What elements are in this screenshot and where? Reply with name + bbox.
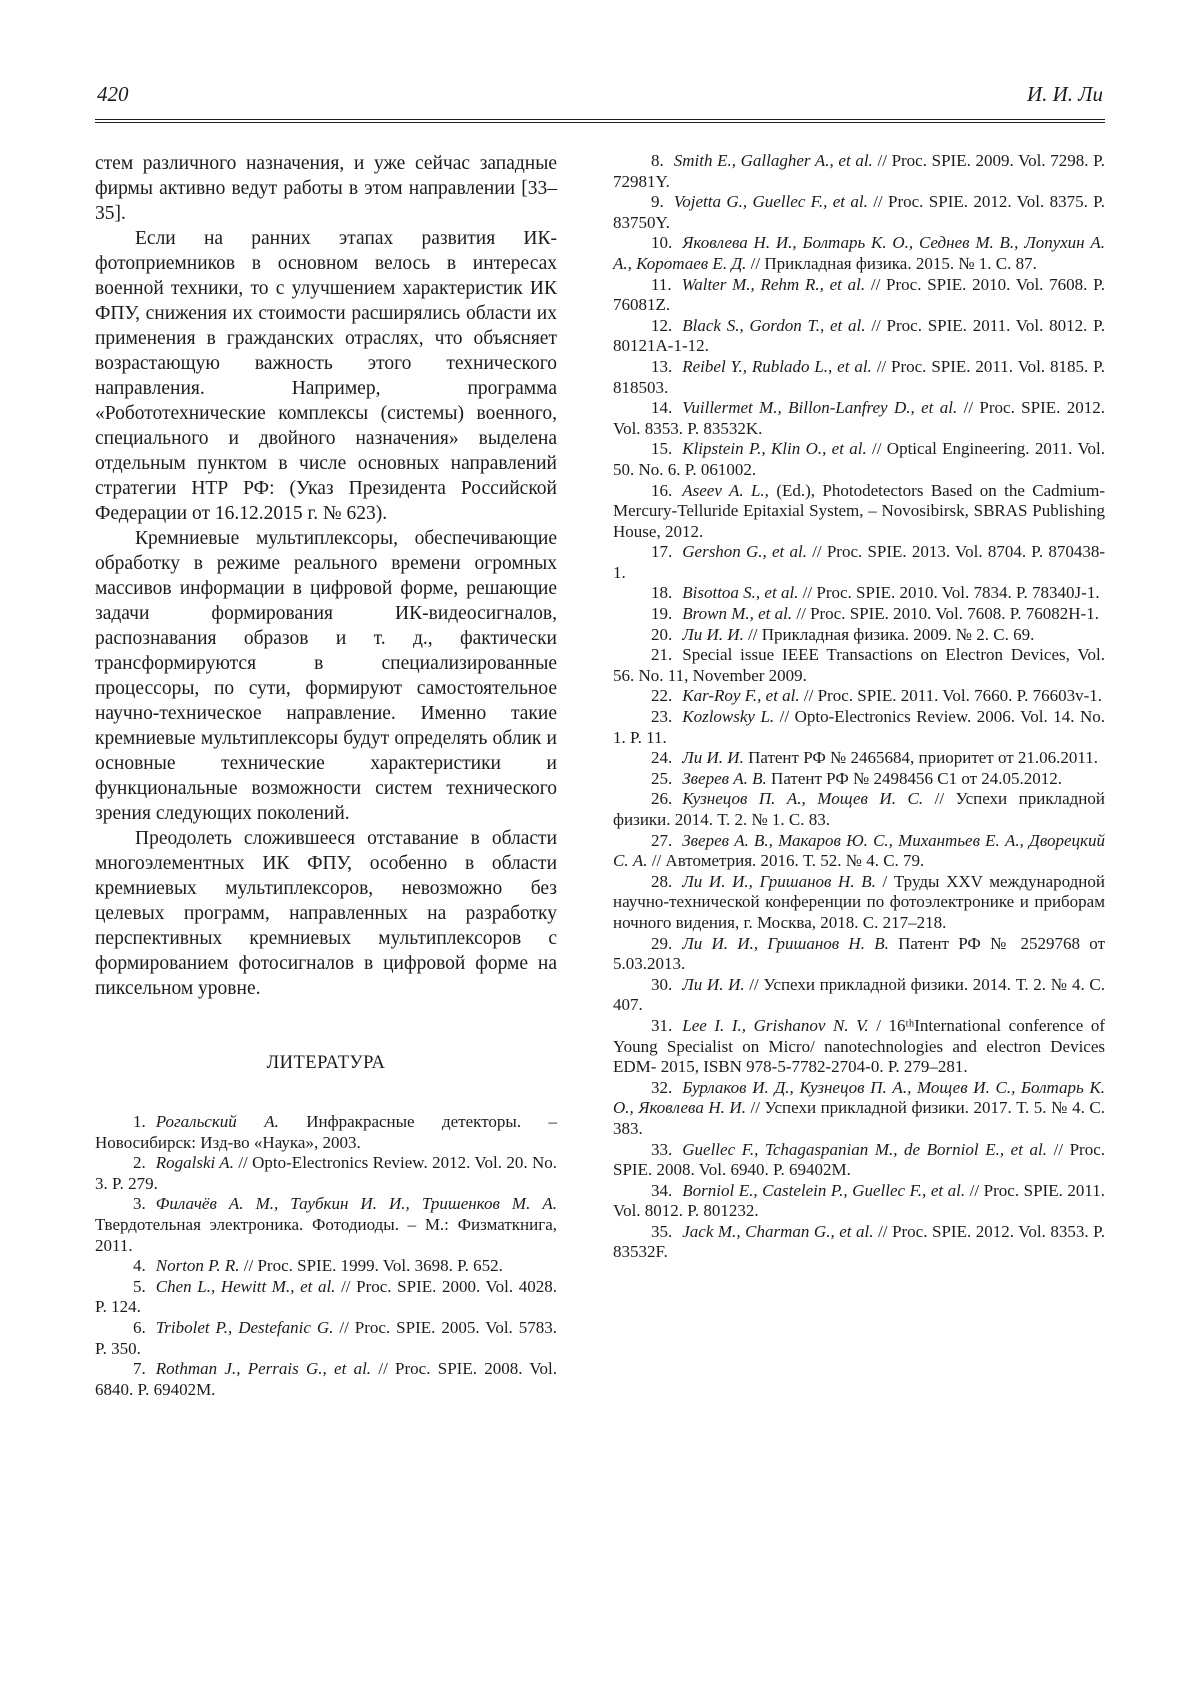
- page-number: 420: [97, 82, 129, 107]
- body-text: стем различного назначения, и уже сейчас…: [95, 151, 557, 1001]
- reference-authors: Ли И. И.: [682, 625, 748, 644]
- reference-authors: Chen L., Hewitt M., et al.: [156, 1277, 341, 1296]
- references-list-right: 8.Smith E., Gallagher A., et al. // Proc…: [613, 151, 1105, 1263]
- reference-number: 34.: [651, 1181, 682, 1200]
- reference-number: 33.: [651, 1140, 682, 1159]
- reference-item: 35.Jack M., Charman G., et al. // Proc. …: [613, 1222, 1105, 1263]
- reference-item: 30.Ли И. И. // Успехи прикладной физики.…: [613, 975, 1105, 1016]
- reference-authors: Зверев А. В.: [682, 769, 771, 788]
- reference-item: 15.Klipstein P., Klin O., et al. // Opti…: [613, 439, 1105, 480]
- reference-authors: Rogalski A.: [156, 1153, 239, 1172]
- reference-number: 14.: [651, 398, 682, 417]
- reference-number: 29.: [651, 934, 682, 953]
- reference-number: 5.: [133, 1277, 156, 1296]
- reference-item: 17.Gershon G., et al. // Proc. SPIE. 201…: [613, 542, 1105, 583]
- reference-number: 16.: [651, 481, 682, 500]
- reference-text: // Proc. SPIE. 1999. Vol. 3698. P. 652.: [244, 1256, 503, 1275]
- reference-text: // Прикладная физика. 2015. № 1. С. 87.: [751, 254, 1037, 273]
- reference-authors: Vuillermet M., Billon-Lanfrey D., et al.: [682, 398, 963, 417]
- reference-authors: Smith E., Gallagher A., et al.: [674, 151, 878, 170]
- body-paragraph: стем различного назначения, и уже сейчас…: [95, 151, 557, 226]
- reference-item: 24.Ли И. И. Патент РФ № 2465684, приорит…: [613, 748, 1105, 769]
- reference-number: 27.: [651, 831, 682, 850]
- reference-number: 24.: [651, 748, 682, 767]
- reference-text: Special issue IEEE Transactions on Elect…: [613, 645, 1105, 685]
- reference-item: 20.Ли И. И. // Прикладная физика. 2009. …: [613, 625, 1105, 646]
- running-head-author: И. И. Ли: [1027, 82, 1103, 107]
- reference-authors: Aseev A. L.,: [682, 481, 776, 500]
- reference-item: 11.Walter M., Rehm R., et al. // Proc. S…: [613, 275, 1105, 316]
- body-paragraph: Кремниевые мультиплексоры, обеспечивающи…: [95, 526, 557, 826]
- reference-text: // Proc. SPIE. 2010. Vol. 7834. P. 78340…: [803, 583, 1100, 602]
- literature-heading: ЛИТЕРАТУРА: [95, 1053, 557, 1074]
- reference-authors: Norton P. R.: [156, 1256, 244, 1275]
- reference-text: Твердотельная электроника. Фотодиоды. – …: [95, 1215, 557, 1255]
- reference-authors: Black S., Gordon T., et al.: [682, 316, 871, 335]
- reference-authors: Bisottoa S., et al.: [682, 583, 802, 602]
- reference-authors: Gershon G., et al.: [682, 542, 812, 561]
- reference-item: 25.Зверев А. В. Патент РФ № 2498456 С1 о…: [613, 769, 1105, 790]
- left-column: стем различного назначения, и уже сейчас…: [95, 151, 557, 1400]
- reference-item: 9.Vojetta G., Guellec F., et al. // Proc…: [613, 192, 1105, 233]
- reference-number: 25.: [651, 769, 682, 788]
- reference-item: 23.Kozlowsky L. // Opto-Electronics Revi…: [613, 707, 1105, 748]
- reference-text: // Автометрия. 2016. Т. 52. № 4. С. 79.: [652, 851, 925, 870]
- reference-item: 19.Brown M., et al. // Proc. SPIE. 2010.…: [613, 604, 1105, 625]
- reference-number: 32.: [651, 1078, 682, 1097]
- reference-item: 28.Ли И. И., Гришанов Н. В. / Труды XXV …: [613, 872, 1105, 934]
- reference-number: 26.: [651, 789, 682, 808]
- reference-number: 35.: [651, 1222, 682, 1241]
- page-header: 420 И. И. Ли: [95, 82, 1105, 107]
- reference-item: 8.Smith E., Gallagher A., et al. // Proc…: [613, 151, 1105, 192]
- reference-number: 6.: [133, 1318, 156, 1337]
- reference-authors: Brown M., et al.: [682, 604, 796, 623]
- reference-authors: Klipstein P., Klin O., et al.: [682, 439, 872, 458]
- reference-authors: Кузнецов П. А., Мощев И. С.: [682, 789, 934, 808]
- header-rule: [95, 119, 1105, 123]
- reference-item: 10.Яковлева Н. И., Болтарь К. О., Седнев…: [613, 233, 1105, 274]
- reference-text: Патент РФ № 2498456 С1 от 24.05.2012.: [771, 769, 1062, 788]
- reference-number: 28.: [651, 872, 682, 891]
- reference-item: 5.Chen L., Hewitt M., et al. // Proc. SP…: [95, 1277, 557, 1318]
- reference-item: 32.Бурлаков И. Д., Кузнецов П. А., Мощев…: [613, 1078, 1105, 1140]
- reference-number: 7.: [133, 1359, 156, 1378]
- reference-number: 31.: [651, 1016, 682, 1035]
- body-paragraph: Если на ранних этапах развития ИК-фотопр…: [95, 226, 557, 526]
- reference-number: 20.: [651, 625, 682, 644]
- reference-item: 27.Зверев А. В., Макаров Ю. С., Михантье…: [613, 831, 1105, 872]
- reference-item: 2.Rogalski A. // Opto-Electronics Review…: [95, 1153, 557, 1194]
- reference-authors: Jack M., Charman G., et al.: [682, 1222, 878, 1241]
- reference-authors: Ли И. И.: [682, 748, 748, 767]
- reference-number: 23.: [651, 707, 682, 726]
- reference-authors: Reibel Y., Rublado L., et al.: [682, 357, 876, 376]
- reference-text: // Proc. SPIE. 2011. Vol. 7660. P. 76603…: [804, 686, 1102, 705]
- body-paragraph: Преодолеть сложившееся отставание в обла…: [95, 826, 557, 1001]
- reference-authors: Kar-Roy F., et al.: [682, 686, 804, 705]
- reference-authors: Tribolet P., Destefanic G.: [156, 1318, 340, 1337]
- reference-number: 11.: [651, 275, 682, 294]
- reference-number: 3.: [133, 1194, 156, 1213]
- column-gutter: [557, 151, 613, 1400]
- reference-authors: Ли И. И., Гришанов Н. В.: [682, 934, 898, 953]
- reference-item: 29.Ли И. И., Гришанов Н. В. Патент РФ № …: [613, 934, 1105, 975]
- reference-number: 17.: [651, 542, 682, 561]
- reference-text: Патент РФ № 2465684, приоритет от 21.06.…: [748, 748, 1098, 767]
- reference-item: 12.Black S., Gordon T., et al. // Proc. …: [613, 316, 1105, 357]
- reference-authors: Lee I. I., Grishanov N. V.: [682, 1016, 876, 1035]
- reference-item: 14.Vuillermet M., Billon-Lanfrey D., et …: [613, 398, 1105, 439]
- reference-number: 18.: [651, 583, 682, 602]
- reference-number: 12.: [651, 316, 682, 335]
- reference-item: 6.Tribolet P., Destefanic G. // Proc. SP…: [95, 1318, 557, 1359]
- reference-authors: Rothman J., Perrais G., et al.: [156, 1359, 379, 1378]
- reference-number: 19.: [651, 604, 682, 623]
- journal-page: 420 И. И. Ли стем различного назначения,…: [0, 0, 1200, 1698]
- reference-item: 22.Kar-Roy F., et al. // Proc. SPIE. 201…: [613, 686, 1105, 707]
- reference-item: 4.Norton P. R. // Proc. SPIE. 1999. Vol.…: [95, 1256, 557, 1277]
- reference-number: 22.: [651, 686, 682, 705]
- reference-authors: Walter M., Rehm R., et al.: [682, 275, 871, 294]
- reference-number: 30.: [651, 975, 682, 994]
- reference-number: 15.: [651, 439, 682, 458]
- reference-authors: Borniol E., Castelein P., Guellec F., et…: [682, 1181, 969, 1200]
- references-list-left: 1.Рогальский А. Инфракрасные детекторы. …: [95, 1112, 557, 1400]
- reference-number: 21.: [651, 645, 682, 664]
- reference-item: 26.Кузнецов П. А., Мощев И. С. // Успехи…: [613, 789, 1105, 830]
- reference-item: 18.Bisottoa S., et al. // Proc. SPIE. 20…: [613, 583, 1105, 604]
- reference-item: 16.Aseev A. L., (Ed.), Photodetectors Ba…: [613, 481, 1105, 543]
- reference-number: 2.: [133, 1153, 156, 1172]
- reference-item: 34.Borniol E., Castelein P., Guellec F.,…: [613, 1181, 1105, 1222]
- reference-item: 21.Special issue IEEE Transactions on El…: [613, 645, 1105, 686]
- reference-item: 13.Reibel Y., Rublado L., et al. // Proc…: [613, 357, 1105, 398]
- reference-text: // Прикладная физика. 2009. № 2. С. 69.: [748, 625, 1034, 644]
- reference-number: 9.: [651, 192, 674, 211]
- reference-text: // Proc. SPIE. 2010. Vol. 7608. P. 76082…: [796, 604, 1099, 623]
- two-column-layout: стем различного назначения, и уже сейчас…: [95, 151, 1105, 1400]
- reference-number: 1.: [133, 1112, 156, 1131]
- reference-authors: Ли И. И., Гришанов Н. В.: [682, 872, 882, 891]
- right-column: 8.Smith E., Gallagher A., et al. // Proc…: [613, 151, 1105, 1400]
- reference-item: 33.Guellec F., Tchagaspanian M., de Born…: [613, 1140, 1105, 1181]
- reference-number: 4.: [133, 1256, 156, 1275]
- reference-authors: Vojetta G., Guellec F., et al.: [674, 192, 873, 211]
- reference-authors: Kozlowsky L.: [682, 707, 779, 726]
- reference-item: 31.Lee I. I., Grishanov N. V. / 16ᵗʰInte…: [613, 1016, 1105, 1078]
- reference-item: 3.Филачёв А. М., Таубкин И. И., Тришенко…: [95, 1194, 557, 1256]
- reference-authors: Рогальский А.: [156, 1112, 307, 1131]
- reference-number: 8.: [651, 151, 674, 170]
- reference-authors: Guellec F., Tchagaspanian M., de Borniol…: [682, 1140, 1053, 1159]
- reference-number: 10.: [651, 233, 682, 252]
- reference-item: 7.Rothman J., Perrais G., et al. // Proc…: [95, 1359, 557, 1400]
- reference-authors: Ли И. И.: [682, 975, 749, 994]
- reference-number: 13.: [651, 357, 682, 376]
- reference-item: 1.Рогальский А. Инфракрасные детекторы. …: [95, 1112, 557, 1153]
- reference-authors: Филачёв А. М., Таубкин И. И., Тришенков …: [156, 1194, 557, 1213]
